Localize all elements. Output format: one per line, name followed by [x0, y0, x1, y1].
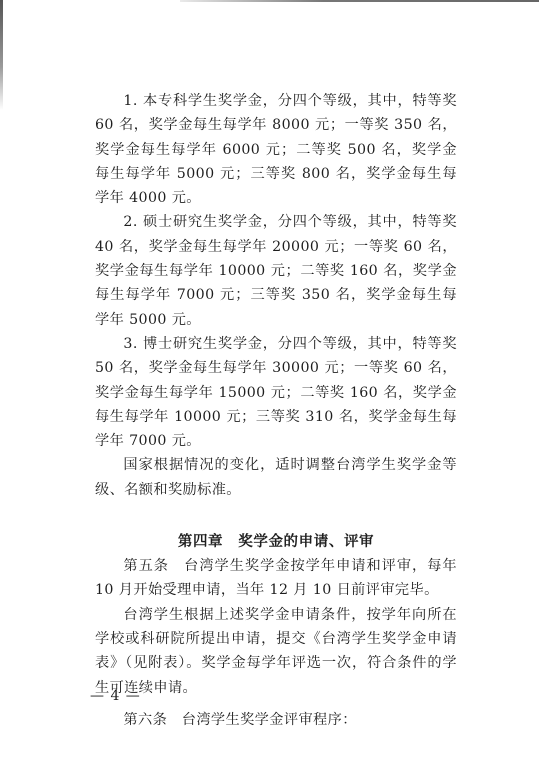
- paragraph-doctoral-scholarship: 3. 博士研究生奖学金，分四个等级，其中，特等奖 50 名，奖学金每生每学年 3…: [95, 332, 457, 453]
- paragraph-application-procedure: 台湾学生根据上述奖学金申请条件，按学年向所在学校或科研院所提出申请，提交《台湾学…: [95, 603, 457, 700]
- paragraph-article-6: 第六条 台湾学生奖学金评审程序：: [95, 708, 457, 732]
- paragraph-adjustment-note: 国家根据情况的变化，适时调整台湾学生奖学金等级、名额和奖励标准。: [95, 453, 457, 502]
- section-spacer: [95, 502, 457, 510]
- document-page: 1. 本专科学生奖学金，分四个等级，其中，特等奖 60 名，奖学金每生每学年 8…: [95, 89, 457, 732]
- paragraph-undergraduate-scholarship: 1. 本专科学生奖学金，分四个等级，其中，特等奖 60 名，奖学金每生每学年 8…: [95, 89, 457, 210]
- scan-shadow-left: [0, 0, 3, 110]
- paragraph-masters-scholarship: 2. 硕士研究生奖学金，分四个等级，其中，特等奖 40 名，奖学金每生每学年 2…: [95, 210, 457, 331]
- paragraph-article-5: 第五条 台湾学生奖学金按学年申请和评审，每年 10 月开始受理申请，当年 12 …: [95, 554, 457, 603]
- scan-shadow-top: [180, 0, 539, 2]
- page-number: — 4 —: [90, 688, 141, 704]
- chapter-title: 第四章 奖学金的申请、评审: [95, 530, 457, 554]
